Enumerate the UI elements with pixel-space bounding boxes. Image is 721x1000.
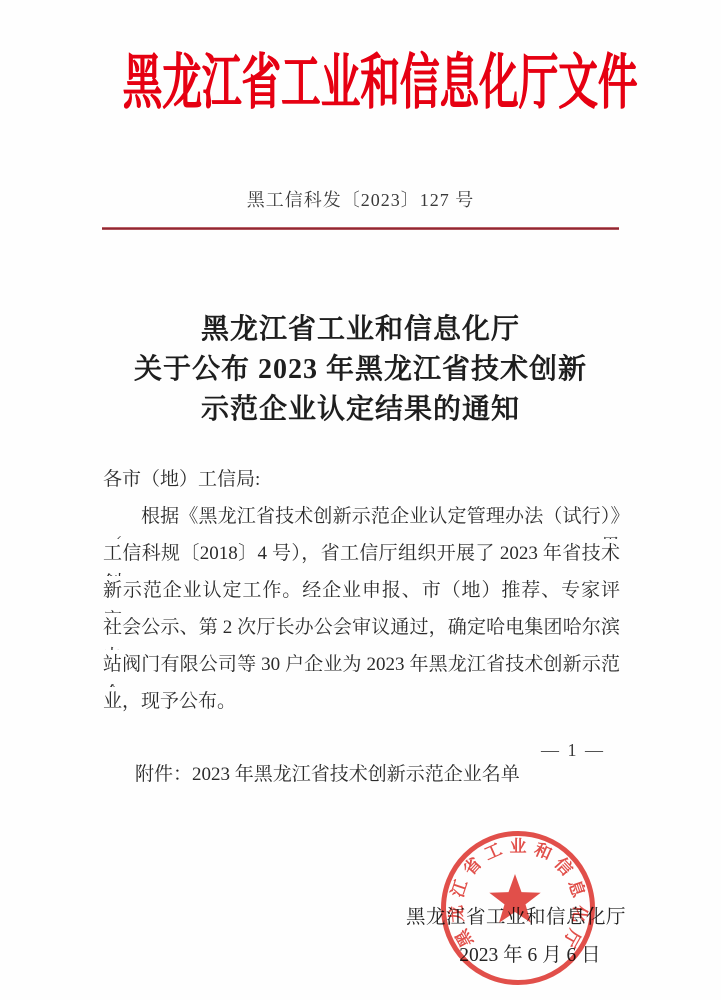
seal-arc-text: 黑龙江省工业和信息化厅 — [446, 837, 591, 950]
body-line: 站阀门有限公司等 30 户企业为 2023 年黑龙江省技术创新示范企 — [103, 650, 620, 687]
letterhead-title: 黑龙江省工业和信息化厅文件 — [123, 44, 599, 122]
issue-date: 2023 年 6 月 6 日 — [444, 939, 616, 967]
document-title: 黑龙江省工业和信息化厅 关于公布 2023 年黑龙江省技术创新 示范企业认定结果… — [0, 310, 721, 430]
seal-arc-text-container: 黑龙江省工业和信息化厅 — [446, 837, 591, 950]
body-line: 新示范企业认定工作。经企业申报、市（地）推荐、专家评审、 — [103, 576, 620, 613]
document-title-line-1: 黑龙江省工业和信息化厅 — [0, 310, 721, 350]
body-line: 工信科规〔2018〕4 号），省工信厅组织开展了 2023 年省技术创 — [103, 539, 620, 576]
issuer-signature: 黑龙江省工业和信息化厅 — [406, 901, 622, 929]
document-body: 各市（地）工信局: 根据《黑龙江省技术创新示范企业认定管理办法（试行）》（黑 工… — [103, 465, 620, 724]
page-number: — 1 — — [541, 740, 605, 761]
document-title-line-3: 示范企业认定结果的通知 — [0, 390, 721, 430]
body-line: 根据《黑龙江省技术创新示范企业认定管理办法（试行）》（黑 — [103, 502, 620, 539]
salutation: 各市（地）工信局: — [103, 465, 620, 502]
red-divider-rule — [102, 227, 619, 230]
official-document-page: 黑龙江省工业和信息化厅文件 黑工信科发〔2023〕127 号 黑龙江省工业和信息… — [0, 0, 721, 1000]
attachment-reference: 附件：2023 年黑龙江省技术创新示范企业名单 — [135, 760, 520, 790]
body-line: 业，现予公布。 — [103, 687, 620, 724]
document-number: 黑工信科发〔2023〕127 号 — [0, 186, 721, 212]
body-line: 社会公示、第 2 次厅长办公会审议通过，确定哈电集团哈尔滨电 — [103, 613, 620, 650]
document-title-line-2: 关于公布 2023 年黑龙江省技术创新 — [0, 350, 721, 390]
